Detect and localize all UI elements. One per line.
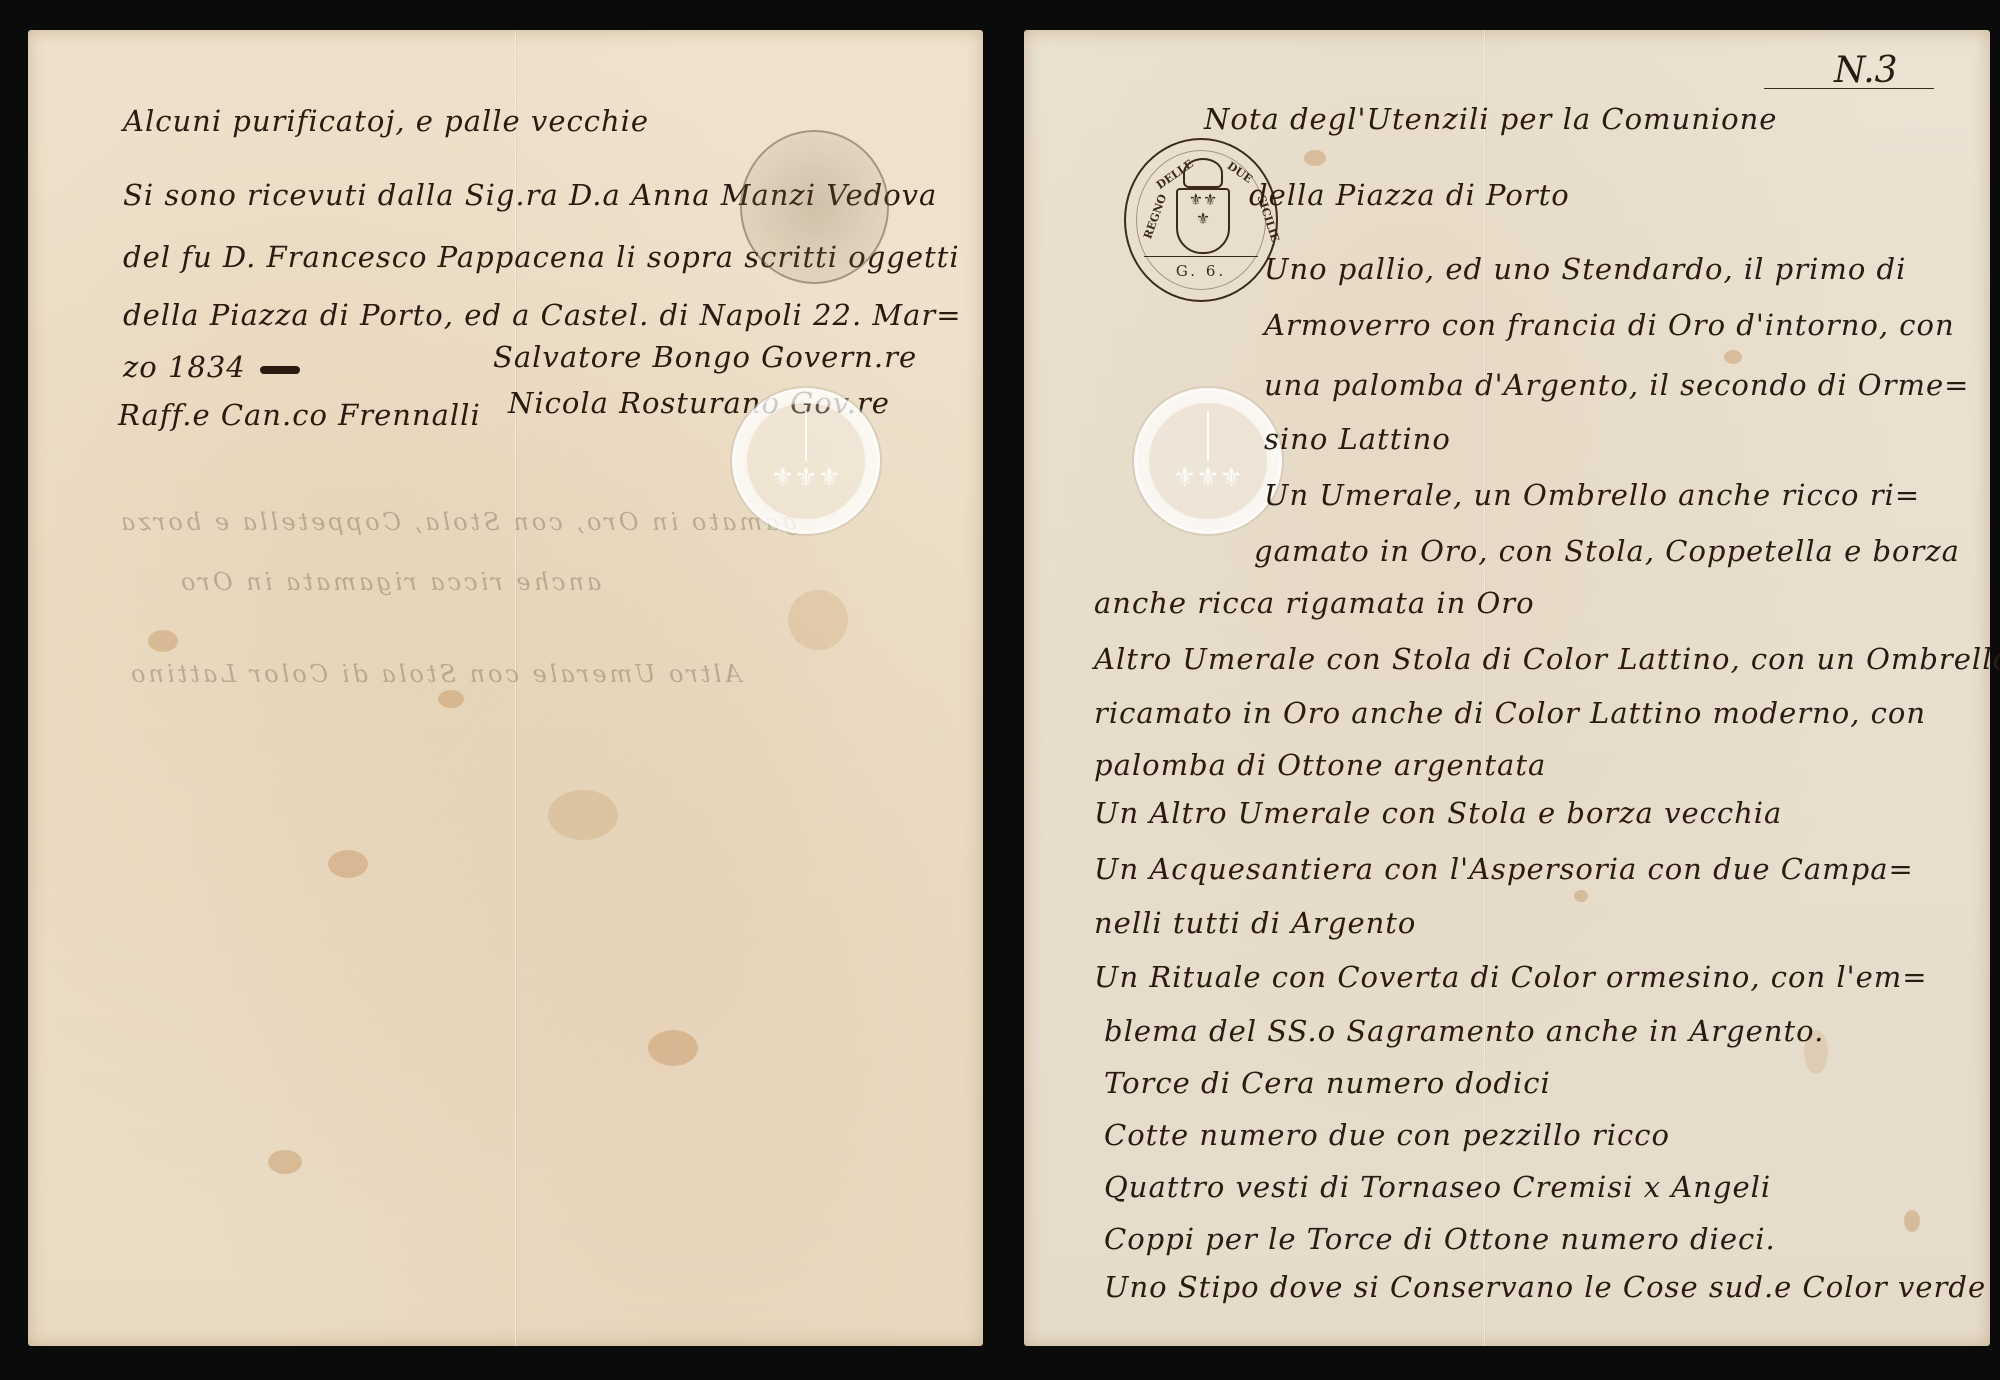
- document-title: Nota degl'Utenzili per la Comunione: [1204, 102, 1777, 136]
- manuscript-line: Un Acquesantiera con l'Aspersoria con du…: [1094, 852, 1914, 886]
- manuscript-line: Un Altro Umerale con Stola e borza vecch…: [1094, 796, 1782, 830]
- manuscript-date: zo 1834: [123, 350, 246, 384]
- manuscript-line: Torce di Cera numero dodici: [1104, 1066, 1551, 1100]
- foxing-spot: [148, 630, 178, 652]
- signature: Raff.e Can.co Frennalli: [118, 398, 481, 432]
- manuscript-line: sino Lattino: [1264, 422, 1451, 456]
- foxing-spot: [648, 1030, 698, 1066]
- manuscript-line: Un Rituale con Coverta di Color ormesino…: [1094, 960, 1928, 994]
- manuscript-line: gamato in Oro, con Stola, Coppetella e b…: [1254, 534, 1960, 568]
- page-number-mark: N.3: [1834, 50, 1898, 91]
- manuscript-line: Un Umerale, un Ombrello anche ricco ri=: [1264, 478, 1920, 512]
- foxing-spot: [268, 1150, 302, 1174]
- embossed-seal: ⚜⚜⚜: [1134, 388, 1282, 534]
- manuscript-line: una palomba d'Argento, il secondo di Orm…: [1264, 368, 1969, 402]
- foxing-spot: [438, 690, 464, 708]
- manuscript-line: Armoverro con francia di Oro d'intorno, …: [1264, 308, 1955, 342]
- manuscript-line: ricamato in Oro anche di Color Lattino m…: [1094, 696, 1926, 730]
- manuscript-line: anche ricca rigamata in Oro: [1094, 586, 1535, 620]
- fleur-de-lis-shield-icon: ⚜⚜⚜: [1176, 188, 1230, 254]
- foxing-spot: [1574, 890, 1588, 902]
- manuscript-line: Uno pallio, ed uno Stendardo, il primo d…: [1264, 252, 1906, 286]
- manuscript-line: nelli tutti di Argento: [1094, 906, 1416, 940]
- number-underline: [1764, 88, 1934, 89]
- foxing-spot: [1904, 1210, 1920, 1232]
- manuscript-line: Altro Umerale con Stola di Color Lattino…: [1094, 642, 2000, 676]
- manuscript-line: della Piazza di Porto, ed a Castel. di N…: [123, 298, 962, 332]
- embossed-seal: ⚜⚜⚜: [732, 388, 880, 534]
- document-title: della Piazza di Porto: [1249, 178, 1570, 212]
- paper-fold: [515, 30, 517, 1346]
- bleed-through-text: Altro Umerale con Stola di Color Lattino: [128, 660, 742, 688]
- foxing-spot: [548, 790, 618, 840]
- manuscript-line: Uno Stipo dove si Conservano le Cose sud…: [1104, 1270, 1986, 1304]
- bleed-through-text: anche ricca rigamata in Oro: [178, 568, 601, 596]
- foxing-spot: [788, 590, 848, 650]
- foxing-spot: [1724, 350, 1742, 364]
- manuscript-line: Alcuni purificatoj, e palle vecchie: [123, 104, 649, 138]
- manuscript-line: Coppi per le Torce di Ottone numero diec…: [1104, 1222, 1776, 1256]
- manuscript-line: Quattro vesti di Tornaseo Cremisi x Ange…: [1104, 1170, 1771, 1204]
- foxing-spot: [328, 850, 368, 878]
- manuscript-line: palomba di Ottone argentata: [1094, 748, 1546, 782]
- revenue-stamp-regno-due-sicilie: ⚜⚜⚜ REGNO DELLE DUE SICILIE G. 6.: [1124, 138, 1278, 302]
- manuscript-line: Cotte numero due con pezzillo ricco: [1104, 1118, 1670, 1152]
- foxing-spot: [1304, 150, 1326, 166]
- bleed-through-text: gamato in Oro, con Stola, Coppetella e b…: [118, 508, 798, 536]
- signature: Salvatore Bongo Govern.re: [493, 340, 917, 374]
- faded-tax-stamp: [740, 130, 889, 284]
- date-flourish: [260, 366, 300, 374]
- left-manuscript-page: Alcuni purificatoj, e palle vecchie Si s…: [28, 30, 983, 1346]
- manuscript-line: blema del SS.o Sagramento anche in Argen…: [1104, 1014, 1824, 1048]
- right-manuscript-page: N.3 ⚜⚜⚜ REGNO DELLE DUE SICILIE G. 6. ⚜⚜…: [1024, 30, 1990, 1346]
